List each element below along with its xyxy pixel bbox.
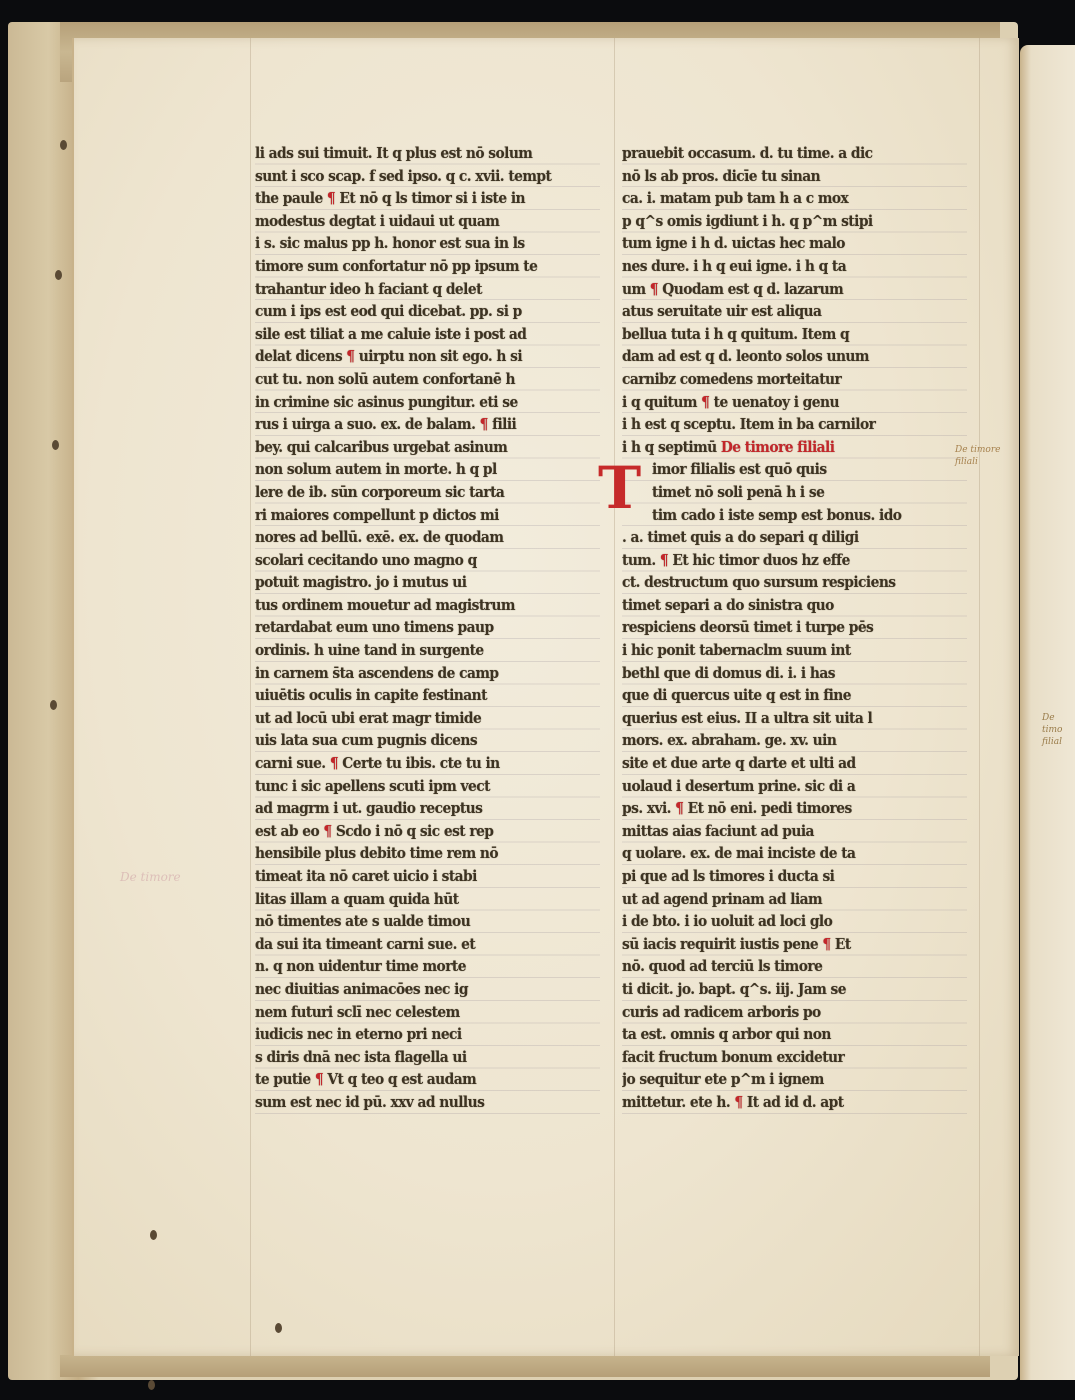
text-line: uolaud i desertum prine. sic di a — [622, 775, 939, 798]
worm-hole — [148, 1380, 155, 1390]
text-line: carni sue. ¶ Certe tu ibis. cte tu in — [255, 752, 572, 775]
text-line: i s. sic malus pp h. honor est sua in ls — [255, 232, 572, 255]
facing-page-marginal-note: De timo filial — [1042, 712, 1075, 748]
text-line: modestus degtat i uidaui ut quam — [255, 210, 572, 233]
text-line: litas illam a quam quida hūt — [255, 888, 572, 911]
text-line: bey. qui calcaribus urgebat asinum — [255, 436, 572, 459]
text-line: tum. ¶ Et hic timor duos hz effe — [622, 549, 939, 572]
worm-hole — [60, 140, 67, 150]
text-line: carnibz comedens morteitatur — [622, 368, 939, 391]
text-line: imor filialis est quō quis — [652, 458, 942, 481]
text-line: nem futuri sclī nec celestem — [255, 1001, 572, 1024]
text-line: uiuētis oculis in capite festinant — [255, 684, 572, 707]
text-line: bellua tuta i h q quitum. Item q — [622, 323, 939, 346]
text-line: sum est nec id pū. xxv ad nullus — [255, 1091, 572, 1114]
text-line: nō. quod ad terciū ls timore — [622, 955, 939, 978]
text-line: in crimine sic asinus pungitur. eti se — [255, 391, 572, 414]
text-line: li ads sui timuit. It q plus est nō solu… — [255, 142, 572, 165]
text-line: in carnem s̄ta ascendens de camp — [255, 662, 572, 685]
text-line: i de bto. i io uoluit ad loci glo — [622, 910, 939, 933]
text-line: cut tu. non solū autem confortanē h — [255, 368, 572, 391]
worm-hole — [150, 1230, 157, 1240]
text-line: nes dure. i h q eui igne. i h q ta — [622, 255, 939, 278]
text-line: dam ad est q d. leonto solos unum — [622, 345, 939, 368]
text-line: prauebit occasum. d. tu time. a dic — [622, 142, 939, 165]
text-line: timeat ita nō caret uicio i stabi — [255, 865, 572, 888]
text-line: site et due arte q darte et ulti ad — [622, 752, 939, 775]
text-line: respiciens deorsū timet i turpe pēs — [622, 616, 939, 639]
text-line: sunt i sco scap. f sed ipso. q c. xvii. … — [255, 165, 572, 188]
text-line: q uolare. ex. de mai inciste de ta — [622, 842, 939, 865]
ruling-line — [979, 38, 980, 1356]
paragraph-mark-icon: ¶ — [822, 933, 830, 956]
paragraph-mark-icon: ¶ — [660, 549, 668, 572]
left-text-column: li ads sui timuit. It q plus est nō solu… — [255, 142, 600, 1114]
text-line: ct. destructum quo sursum respiciens — [622, 571, 939, 594]
text-line: i h est q sceptu. Item in ba carnilor — [622, 413, 939, 436]
text-line: i h q septimū De timore filiali — [622, 436, 939, 459]
text-line: nō timentes ate s ualde timou — [255, 910, 572, 933]
text-line: tim cado i iste semp est bonus. ido — [652, 504, 942, 527]
rubric-heading: De timore filiali — [721, 438, 835, 456]
worm-hole — [275, 1323, 282, 1333]
text-line: da sui ita timeant carni sue. et — [255, 933, 572, 956]
paragraph-mark-icon: ¶ — [346, 345, 354, 368]
text-line: non solum autem in morte. h q pl — [255, 458, 572, 481]
text-line: timet nō soli penā h i se — [652, 481, 942, 504]
text-line: bethl que di domus di. i. i has — [622, 662, 939, 685]
text-line: facit fructum bonum excidetur — [622, 1046, 939, 1069]
text-line: ad magrm i ut. gaudio receptus — [255, 797, 572, 820]
text-line: the paule ¶ Et nō q ls timor si i iste i… — [255, 187, 572, 210]
ruling-line — [614, 38, 615, 1356]
worm-hole — [50, 700, 57, 710]
text-line: timet separi a do sinistra quo — [622, 594, 939, 617]
text-line: nores ad bellū. exē. ex. de quodam — [255, 526, 572, 549]
worm-hole — [52, 440, 59, 450]
text-line: jo sequitur ete p^m i ignem — [622, 1068, 939, 1091]
paragraph-mark-icon: ¶ — [480, 413, 488, 436]
text-line: trahantur ideo h faciant q delet — [255, 278, 572, 301]
text-line: ordinis. h uine tand in surgente — [255, 639, 572, 662]
right-text-column: prauebit occasum. d. tu time. a dicnō ls… — [622, 142, 967, 1114]
text-line: s diris dnā nec ista flagella ui — [255, 1046, 572, 1069]
text-line: p q^s omis igdiunt i h. q p^m stipi — [622, 210, 939, 233]
text-line: lere de ib. sūn corporeum sic tarta — [255, 481, 572, 504]
text-line: tum igne i h d. uictas hec malo — [622, 232, 939, 255]
text-line: um ¶ Quodam est q d. lazarum — [622, 278, 939, 301]
text-line: atus seruitate uir est aliqua — [622, 300, 939, 323]
paragraph-mark-icon: ¶ — [734, 1091, 742, 1114]
text-line: mittetur. ete h. ¶ It ad id d. apt — [622, 1091, 939, 1114]
text-line: mors. ex. abraham. ge. xv. uin — [622, 729, 939, 752]
text-line: mittas aias faciunt ad puia — [622, 820, 939, 843]
text-line: scolari cecitando uno magno q — [255, 549, 572, 572]
text-line: nō ls ab pros. dicīe tu sinan — [622, 165, 939, 188]
paragraph-mark-icon: ¶ — [650, 278, 658, 301]
text-line: te putie ¶ Vt q teo q est audam — [255, 1068, 572, 1091]
text-line: timore sum confortatur nō pp ipsum te — [255, 255, 572, 278]
paragraph-mark-icon: ¶ — [327, 187, 335, 210]
text-line: ut ad locū ubi erat magr timide — [255, 707, 572, 730]
text-line: . a. timet quis a do separi q diligi — [622, 526, 939, 549]
page-bottom-edge — [60, 1355, 990, 1377]
paragraph-mark-icon: ¶ — [675, 797, 683, 820]
text-line: cum i ips est eod qui dicebat. pp. si p — [255, 300, 572, 323]
text-line: i q quitum ¶ te uenatoy i genu — [622, 391, 939, 414]
text-line: n. q non uidentur time morte — [255, 955, 572, 978]
text-line: iudicis nec in eterno pri neci — [255, 1023, 572, 1046]
text-line: est ab eo ¶ Scdo i nō q sic est rep — [255, 820, 572, 843]
decorated-initial-t: T — [598, 458, 641, 518]
text-line: hensibile plus debito time rem nō — [255, 842, 572, 865]
text-line: potuit magistro. jo i mutus ui — [255, 571, 572, 594]
text-line: curis ad radicem arboris po — [622, 1001, 939, 1024]
text-line: ta est. omnis q arbor qui non — [622, 1023, 939, 1046]
faded-pink-marginal-note: De timore — [120, 870, 181, 884]
text-line: rus i uirga a suo. ex. de balam. ¶ filii — [255, 413, 572, 436]
paragraph-mark-icon: ¶ — [701, 391, 709, 414]
text-line: delat dicens ¶ uirptu non sit ego. h si — [255, 345, 572, 368]
text-line: ca. i. matam pub tam h a c mox — [622, 187, 939, 210]
text-line: ri maiores compellunt p dictos mi — [255, 504, 572, 527]
text-line: nec diuitias animacōes nec ig — [255, 978, 572, 1001]
text-line: tunc i sic apellens scuti ipm vect — [255, 775, 572, 798]
text-line: sū iacis requirit iustis pene ¶ Et — [622, 933, 939, 956]
text-line: i hic ponit tabernaclm suum int — [622, 639, 939, 662]
worm-hole — [55, 270, 62, 280]
text-line: que di quercus uite q est in fine — [622, 684, 939, 707]
text-line: pi que ad ls timores i ducta si — [622, 865, 939, 888]
text-line: ti dicit. jo. bapt. q^s. iij. Jam se — [622, 978, 939, 1001]
text-line: tus ordinem mouetur ad magistrum — [255, 594, 572, 617]
paragraph-mark-icon: ¶ — [315, 1068, 323, 1091]
text-line: sile est tiliat a me caluie iste i post … — [255, 323, 572, 346]
right-margin-note: De timore filiali — [955, 444, 1000, 468]
text-line: ps. xvi. ¶ Et nō eni. pedi timores — [622, 797, 939, 820]
text-line: uis lata sua cum pugnis dicens — [255, 729, 572, 752]
text-line: querius est eius. II a ultra sit uita l — [622, 707, 939, 730]
text-line: ut ad agend prinam ad liam — [622, 888, 939, 911]
text-line: retardabat eum uno timens paup — [255, 616, 572, 639]
ruling-line — [250, 38, 251, 1356]
